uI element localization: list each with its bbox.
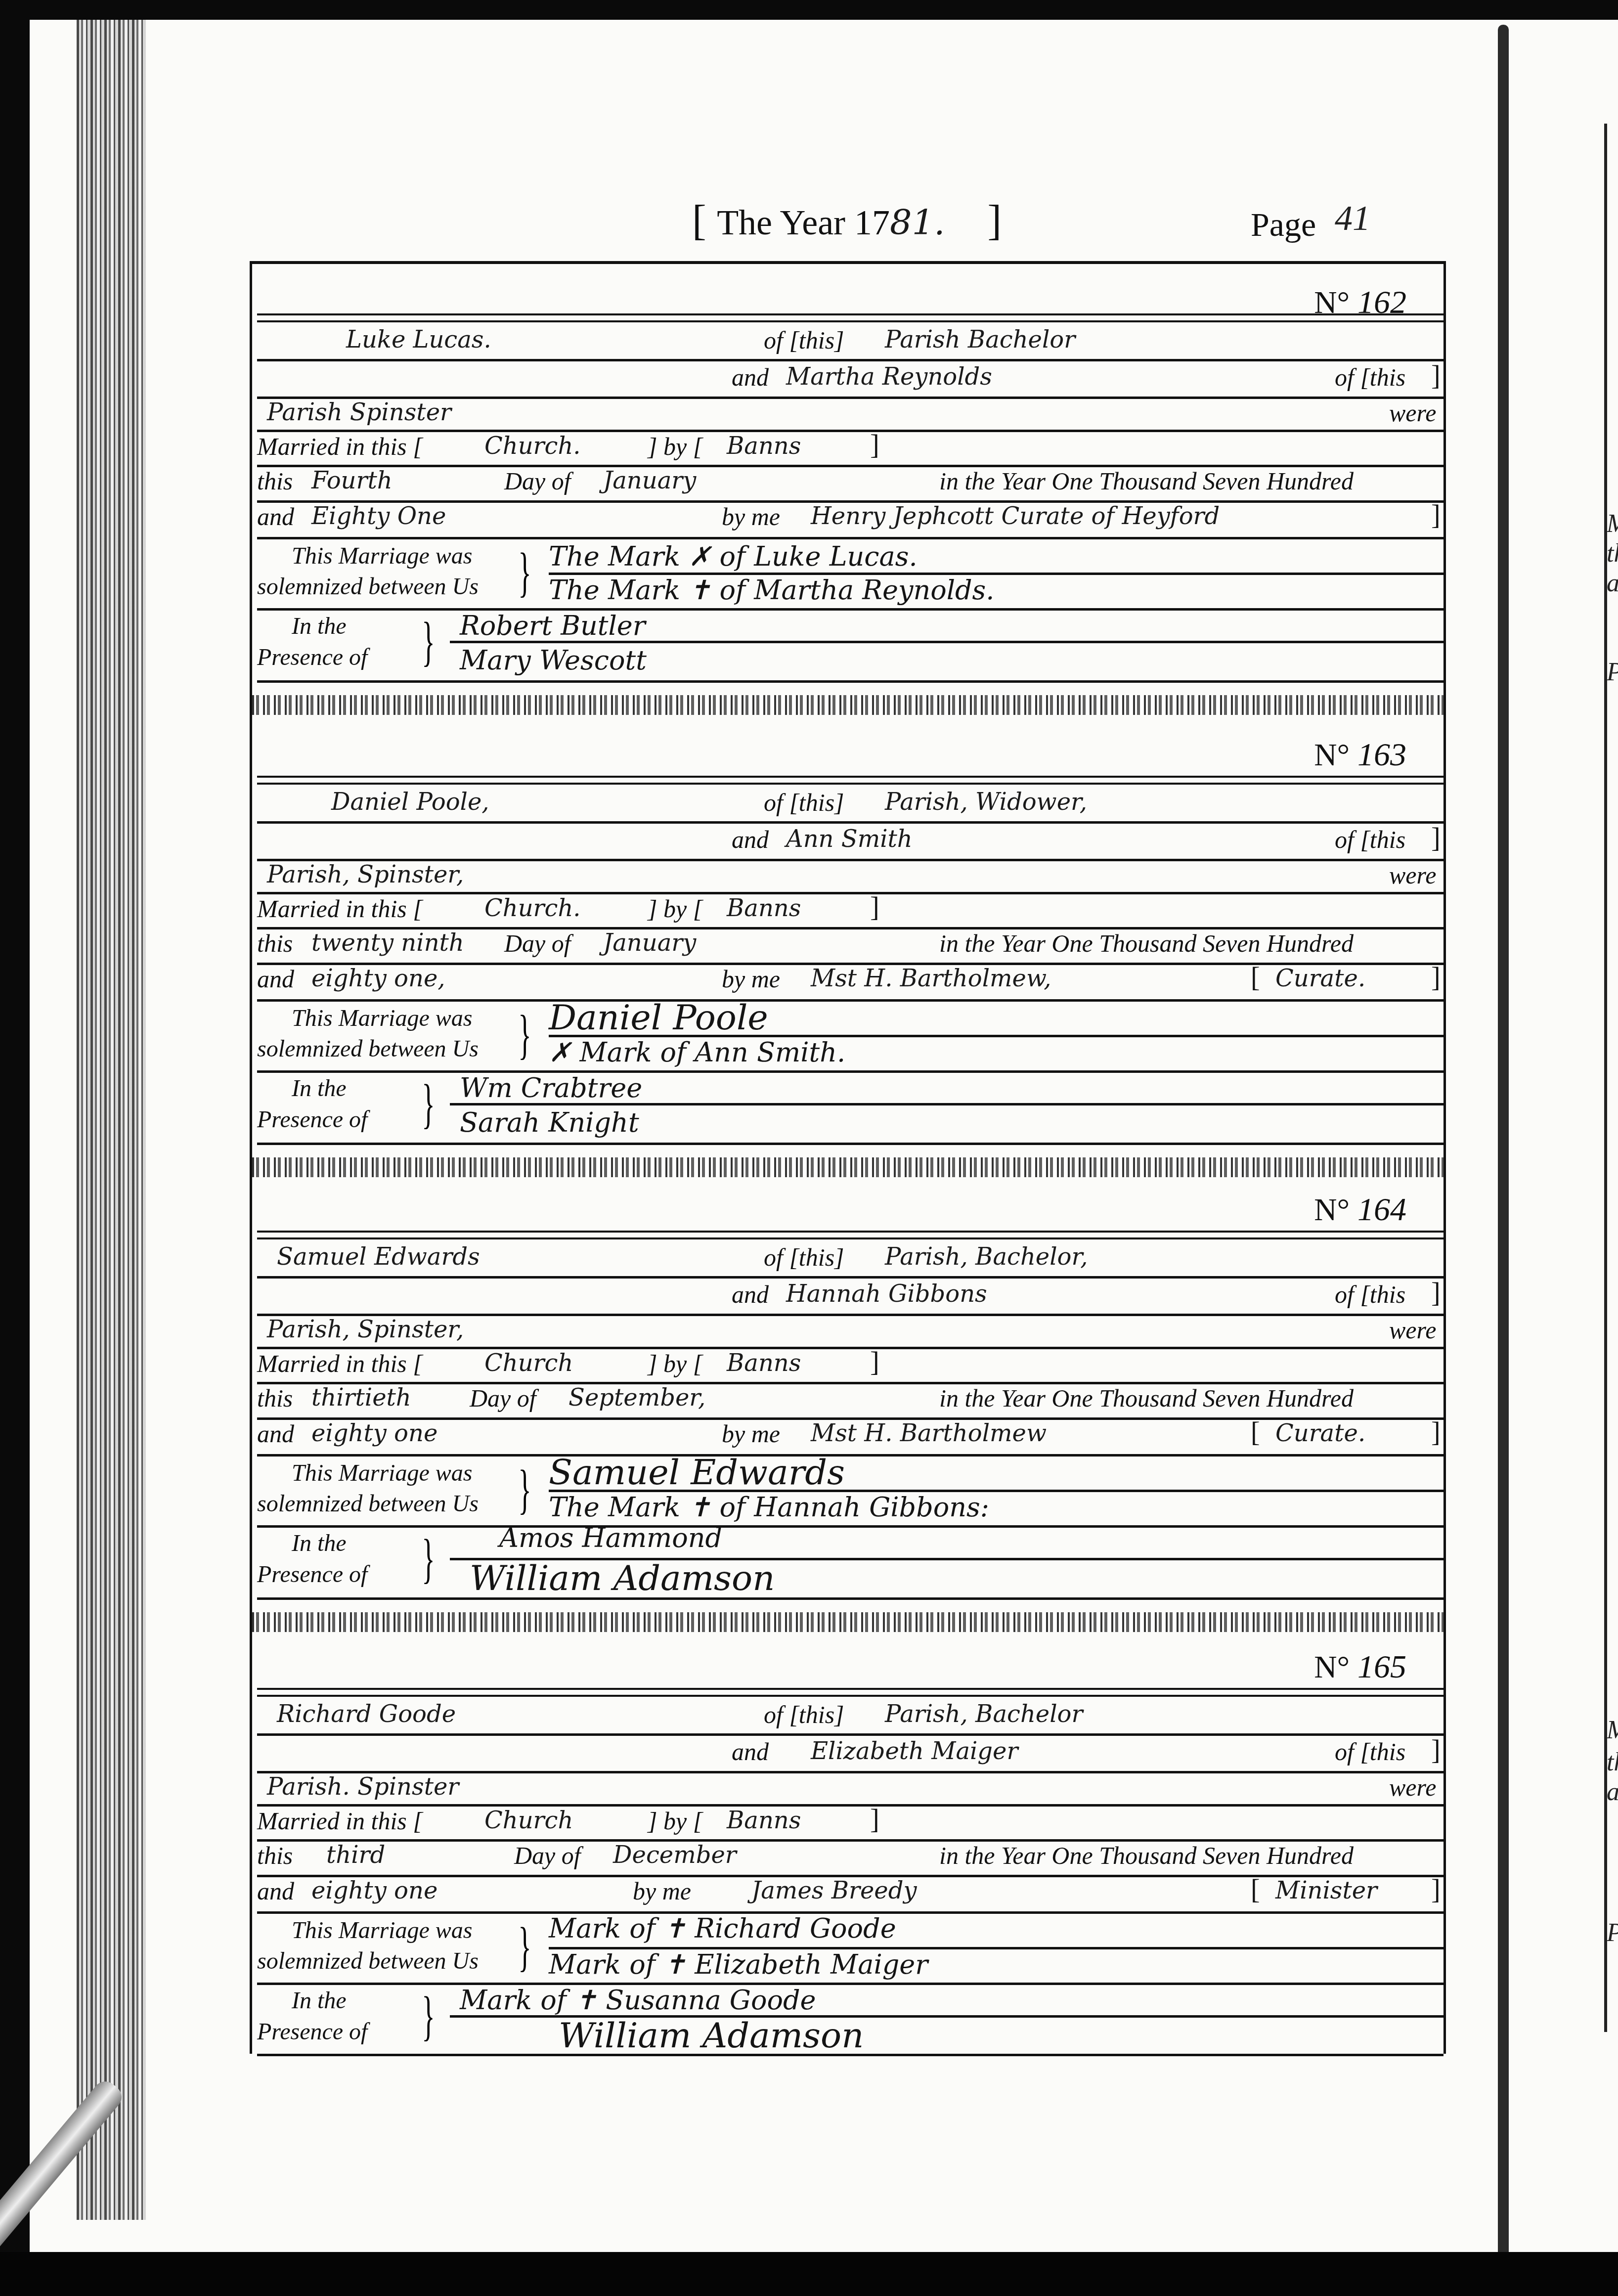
- bracket: ]: [870, 891, 879, 923]
- marriage-month: December: [613, 1841, 737, 1869]
- rule: [257, 608, 1443, 611]
- married-in-this-label: Married in this [: [257, 894, 423, 923]
- entry-number-value: 164: [1357, 1192, 1406, 1228]
- solemnized-label: solemnized between Us: [257, 1489, 479, 1519]
- entry-top-rule: [257, 1231, 1443, 1233]
- facing-page-fragment: th: [1607, 539, 1618, 568]
- bride-status-line: Parish, Spinster, were: [257, 861, 1439, 895]
- number-label: N°: [1314, 1649, 1350, 1684]
- and-label: and: [732, 825, 769, 854]
- of-this-label: of [this: [1335, 1737, 1405, 1766]
- bracket: ]: [1431, 499, 1441, 531]
- marriage-day: thirtieth: [311, 1384, 411, 1412]
- this-label: this: [257, 929, 293, 958]
- marriage-place: Church.: [484, 894, 581, 922]
- marriage-method: Banns: [727, 1349, 801, 1377]
- entry-top-rule: [257, 313, 1443, 315]
- in-the-label: In the: [292, 1528, 347, 1559]
- signature-bride: The Mark ✝ of Hannah Gibbons:: [549, 1492, 989, 1523]
- facing-page-frame: [1604, 124, 1607, 2032]
- witness-1: Wm Crabtree: [460, 1072, 642, 1104]
- witness-2: Sarah Knight: [460, 1107, 639, 1138]
- by-label: ] by [: [648, 432, 702, 461]
- facing-page-fragment: th: [1607, 1748, 1618, 1777]
- groom-name: Samuel Edwards: [277, 1243, 480, 1271]
- groom-line: Luke Lucas. of [this] Parish Bachelor: [257, 326, 1439, 360]
- brace: }: [518, 1003, 531, 1066]
- marriage-was-label: This Marriage was: [292, 1003, 472, 1034]
- marriage-place: Church.: [484, 432, 581, 460]
- by-me-label: by me: [722, 502, 780, 531]
- brace: }: [518, 1458, 531, 1521]
- bracket: ]: [1431, 822, 1441, 854]
- day-of-label: Day of: [470, 1384, 536, 1413]
- brace: }: [422, 1985, 435, 2047]
- presence-of-label: Presence of: [257, 642, 367, 673]
- bracket: ]: [870, 1804, 879, 1835]
- facing-page-fragment: Pr: [1607, 1918, 1618, 1947]
- officiant-line: and Eighty One by me Henry Jephcott Cura…: [257, 502, 1439, 537]
- married-in-this-label: Married in this [: [257, 1349, 423, 1378]
- groom-name: Luke Lucas.: [346, 326, 491, 353]
- bride-line: and Hannah Gibbons of [this ]: [257, 1280, 1439, 1315]
- brace: }: [518, 541, 531, 604]
- officiant-title: Curate.: [1275, 965, 1365, 992]
- page-header: [ The Year 1781. ]: [692, 195, 1002, 245]
- marriage-method: Banns: [727, 1807, 801, 1834]
- marriage-place: Church: [484, 1807, 573, 1834]
- in-the-label: In the: [292, 611, 347, 642]
- groom-name: Daniel Poole,: [331, 788, 489, 816]
- this-label: this: [257, 1841, 293, 1870]
- in-the-year-label: in the Year One Thousand Seven Hundred: [939, 467, 1354, 495]
- witness-2: William Adamson: [559, 2015, 864, 2056]
- entry-number: N° 164: [1314, 1191, 1406, 1229]
- header-year-suffix: 81.: [890, 202, 945, 243]
- by-me-label: by me: [633, 1877, 691, 1905]
- entry-top-rule: [257, 1688, 1443, 1690]
- bride-line: and Martha Reynolds of [this ]: [257, 363, 1439, 397]
- signature-groom: Daniel Poole: [549, 997, 768, 1038]
- entry-number: N° 165: [1314, 1648, 1406, 1686]
- bride-name: Martha Reynolds: [786, 363, 992, 391]
- facing-page-fragment: M: [1607, 1716, 1618, 1745]
- witness-1: Amos Hammond: [499, 1522, 722, 1553]
- bracket: ]: [1431, 1874, 1441, 1905]
- and-label: and: [257, 1877, 294, 1905]
- day-of-label: Day of: [504, 929, 571, 958]
- rule: [257, 1983, 1443, 1985]
- by-label: ] by [: [648, 894, 702, 923]
- this-label: this: [257, 467, 293, 495]
- bride-name: Ann Smith: [786, 825, 913, 853]
- in-the-year-label: in the Year One Thousand Seven Hundred: [939, 929, 1354, 958]
- facing-page-fragment: an: [1607, 569, 1618, 598]
- officiant-title: Minister: [1275, 1877, 1377, 1904]
- and-label: and: [732, 363, 769, 392]
- year-words: Eighty One: [311, 502, 446, 530]
- marriage-register-form: N° 162 Luke Lucas. of [this] Parish Bach…: [250, 261, 1446, 2054]
- rule: [257, 821, 1443, 824]
- groom-parish-status: Parish, Widower,: [885, 788, 1087, 816]
- marriage-day: Fourth: [311, 467, 393, 494]
- bride-status: Parish Spinster: [267, 398, 451, 426]
- and-label: and: [257, 1419, 294, 1448]
- groom-parish-status: Parish Bachelor: [885, 326, 1075, 353]
- bracket: ]: [1431, 1734, 1441, 1766]
- officiant-name: Henry Jephcott Curate of Heyford: [811, 502, 1220, 530]
- married-in-line: Married in this [ Church. ] by [ Banns ]: [257, 432, 1439, 467]
- officiant-name: Mst H. Bartholmew: [811, 1419, 1047, 1447]
- day-of-label: Day of: [514, 1841, 581, 1870]
- entry-number-value: 163: [1357, 737, 1406, 773]
- married-in-this-label: Married in this [: [257, 432, 423, 461]
- groom-line: Daniel Poole, of [this] Parish, Widower,: [257, 788, 1439, 823]
- rule: [257, 359, 1443, 361]
- were-label: were: [1389, 861, 1436, 889]
- brace: }: [422, 1072, 435, 1135]
- number-label: N°: [1314, 737, 1350, 772]
- this-label: this: [257, 1384, 293, 1413]
- married-in-line: Married in this [ Church ] by [ Banns ]: [257, 1349, 1439, 1384]
- were-label: were: [1389, 1773, 1436, 1802]
- rule: [257, 1454, 1443, 1457]
- officiant-line: and eighty one by me Mst H. Bartholmew […: [257, 1419, 1439, 1454]
- in-the-year-label: in the Year One Thousand Seven Hundred: [939, 1384, 1354, 1413]
- marriage-method: Banns: [727, 432, 801, 460]
- bracket: [: [1251, 1874, 1260, 1905]
- rule: [257, 1276, 1443, 1279]
- solemnized-label: solemnized between Us: [257, 572, 479, 602]
- marriage-method: Banns: [727, 894, 801, 922]
- of-this-label: of [this]: [764, 1243, 844, 1272]
- ornamental-separator: [252, 1157, 1443, 1177]
- married-in-this-label: Married in this [: [257, 1807, 423, 1835]
- presence-of-label: Presence of: [257, 2017, 367, 2047]
- rule: [257, 537, 1443, 539]
- married-in-line: Married in this [ Church ] by [ Banns ]: [257, 1807, 1439, 1841]
- brace: }: [422, 1527, 435, 1590]
- signature-bride: The Mark ✝ of Martha Reynolds.: [549, 574, 994, 606]
- marriage-was-label: This Marriage was: [292, 541, 472, 572]
- rule: [257, 680, 1443, 683]
- witness-2: Mary Wescott: [460, 645, 647, 676]
- bride-status: Parish. Spinster: [267, 1773, 459, 1801]
- marriage-month: September,: [568, 1384, 705, 1412]
- bride-status-line: Parish. Spinster were: [257, 1773, 1439, 1808]
- ornamental-separator: [252, 695, 1443, 715]
- book-gutter: [1498, 25, 1509, 2279]
- bride-name: Hannah Gibbons: [786, 1280, 987, 1308]
- number-label: N°: [1314, 1192, 1350, 1227]
- ornamental-separator: [252, 1612, 1443, 1632]
- signature-bride: ✗ Mark of Ann Smith.: [549, 1037, 845, 1068]
- of-this-label: of [this]: [764, 1700, 844, 1729]
- facing-page-fragment: P: [1607, 658, 1618, 687]
- officiant-line: and eighty one by me James Breedy [ Mini…: [257, 1877, 1439, 1911]
- marriage-was-label: This Marriage was: [292, 1458, 472, 1489]
- solemnized-label: solemnized between Us: [257, 1946, 479, 1977]
- day-of-label: Day of: [504, 467, 571, 495]
- signature-groom: Samuel Edwards: [549, 1452, 845, 1493]
- of-this-label: of [this]: [764, 788, 844, 817]
- groom-parish-status: Parish, Bachelor: [885, 1700, 1083, 1728]
- year-words: eighty one: [311, 1419, 437, 1447]
- bride-name: Elizabeth Maiger: [811, 1737, 1018, 1765]
- bracket: [: [1251, 1416, 1260, 1448]
- marriage-was-label: This Marriage was: [292, 1915, 472, 1946]
- rule: [257, 999, 1443, 1002]
- date-line: this Fourth Day of January in the Year O…: [257, 467, 1439, 501]
- date-line: this thirtieth Day of September, in the …: [257, 1384, 1439, 1418]
- witness-rule: [450, 641, 1443, 643]
- header-bracket-open: [: [692, 196, 717, 244]
- entry-number-value: 165: [1357, 1649, 1406, 1685]
- witness-rule: [450, 1103, 1443, 1105]
- date-line: this twenty ninth Day of January in the …: [257, 929, 1439, 964]
- page-label: Page: [1251, 205, 1316, 244]
- in-the-year-label: in the Year One Thousand Seven Hundred: [939, 1841, 1354, 1870]
- groom-name: Richard Goode: [277, 1700, 456, 1728]
- presence-of-label: Presence of: [257, 1104, 367, 1135]
- witness-2: William Adamson: [470, 1558, 775, 1598]
- groom-line: Samuel Edwards of [this] Parish, Bachelo…: [257, 1243, 1439, 1278]
- facing-page-fragment: an: [1607, 1777, 1618, 1807]
- bracket: ]: [870, 1346, 879, 1378]
- bride-status: Parish, Spinster,: [267, 1316, 464, 1343]
- entry-number: N° 162: [1314, 284, 1406, 321]
- entry-number: N° 163: [1314, 736, 1406, 774]
- rule: [257, 1525, 1443, 1528]
- and-label: and: [257, 502, 294, 531]
- bracket: [: [1251, 962, 1260, 993]
- bride-status: Parish, Spinster,: [267, 861, 464, 888]
- bracket: ]: [1431, 1277, 1441, 1309]
- bracket: ]: [1431, 1416, 1441, 1448]
- rule: [257, 1597, 1443, 1600]
- bride-line: and Elizabeth Maiger of [this ]: [257, 1737, 1439, 1772]
- officiant-name: Mst H. Bartholmew,: [811, 965, 1051, 992]
- and-label: and: [257, 965, 294, 993]
- officiant-name: James Breedy: [751, 1877, 917, 1904]
- scan-background: [0, 2252, 1618, 2296]
- of-this-label: of [this: [1335, 363, 1405, 392]
- of-this-label: of [this: [1335, 1280, 1405, 1309]
- brace: }: [422, 610, 435, 673]
- of-this-label: of [this: [1335, 825, 1405, 854]
- by-label: ] by [: [648, 1349, 702, 1378]
- marriage-day: twenty ninth: [311, 929, 464, 957]
- by-label: ] by [: [648, 1807, 702, 1835]
- page-number: 41: [1335, 198, 1370, 239]
- in-the-label: In the: [292, 1986, 347, 2016]
- by-me-label: by me: [722, 1419, 780, 1448]
- officiant-line: and eighty one, by me Mst H. Bartholmew,…: [257, 965, 1439, 999]
- solemnized-label: solemnized between Us: [257, 1034, 479, 1064]
- and-label: and: [732, 1280, 769, 1309]
- were-label: were: [1389, 398, 1436, 427]
- in-the-label: In the: [292, 1073, 347, 1104]
- bracket: ]: [870, 429, 879, 461]
- rule: [257, 1143, 1443, 1145]
- marriage-place: Church: [484, 1349, 573, 1377]
- marriage-month: January: [603, 467, 696, 494]
- groom-line: Richard Goode of [this] Parish, Bachelor: [257, 1700, 1439, 1735]
- and-label: and: [732, 1737, 769, 1766]
- rule: [257, 1733, 1443, 1736]
- married-in-line: Married in this [ Church. ] by [ Banns ]: [257, 894, 1439, 929]
- bride-line: and Ann Smith of [this ]: [257, 825, 1439, 860]
- witness-1: Robert Butler: [460, 610, 646, 641]
- signature-groom: Mark of ✝ Richard Goode: [549, 1913, 896, 1944]
- facing-page-fragment: M: [1607, 509, 1618, 538]
- year-words: eighty one,: [311, 965, 445, 992]
- presence-of-label: Presence of: [257, 1559, 367, 1590]
- signature-bride: Mark of ✝ Elizabeth Maiger: [549, 1949, 928, 1980]
- groom-parish-status: Parish, Bachelor,: [885, 1243, 1088, 1271]
- rule: [257, 2054, 1443, 2056]
- brace: }: [518, 1915, 531, 1978]
- witness-1: Mark of ✝ Susanna Goode: [460, 1985, 816, 2016]
- rule: [257, 1070, 1443, 1073]
- header-year-prefix: The Year 17: [717, 203, 890, 242]
- signature-groom: The Mark ✗ of Luke Lucas.: [549, 541, 918, 572]
- bracket: ]: [1431, 360, 1441, 392]
- bride-status-line: Parish Spinster were: [257, 398, 1439, 433]
- of-this-label: of [this]: [764, 326, 844, 354]
- header-bracket-close: ]: [945, 196, 1002, 244]
- entry-top-rule: [257, 776, 1443, 778]
- by-me-label: by me: [722, 965, 780, 993]
- were-label: were: [1389, 1316, 1436, 1344]
- bracket: ]: [1431, 962, 1441, 993]
- year-words: eighty one: [311, 1877, 437, 1904]
- marriage-month: January: [603, 929, 696, 957]
- marriage-day: third: [326, 1841, 385, 1869]
- facing-page: [1510, 20, 1618, 2274]
- bride-status-line: Parish, Spinster, were: [257, 1316, 1439, 1350]
- officiant-title: Curate.: [1275, 1419, 1365, 1447]
- book-page-edges: [77, 20, 146, 2220]
- date-line: this third Day of December in the Year O…: [257, 1841, 1439, 1876]
